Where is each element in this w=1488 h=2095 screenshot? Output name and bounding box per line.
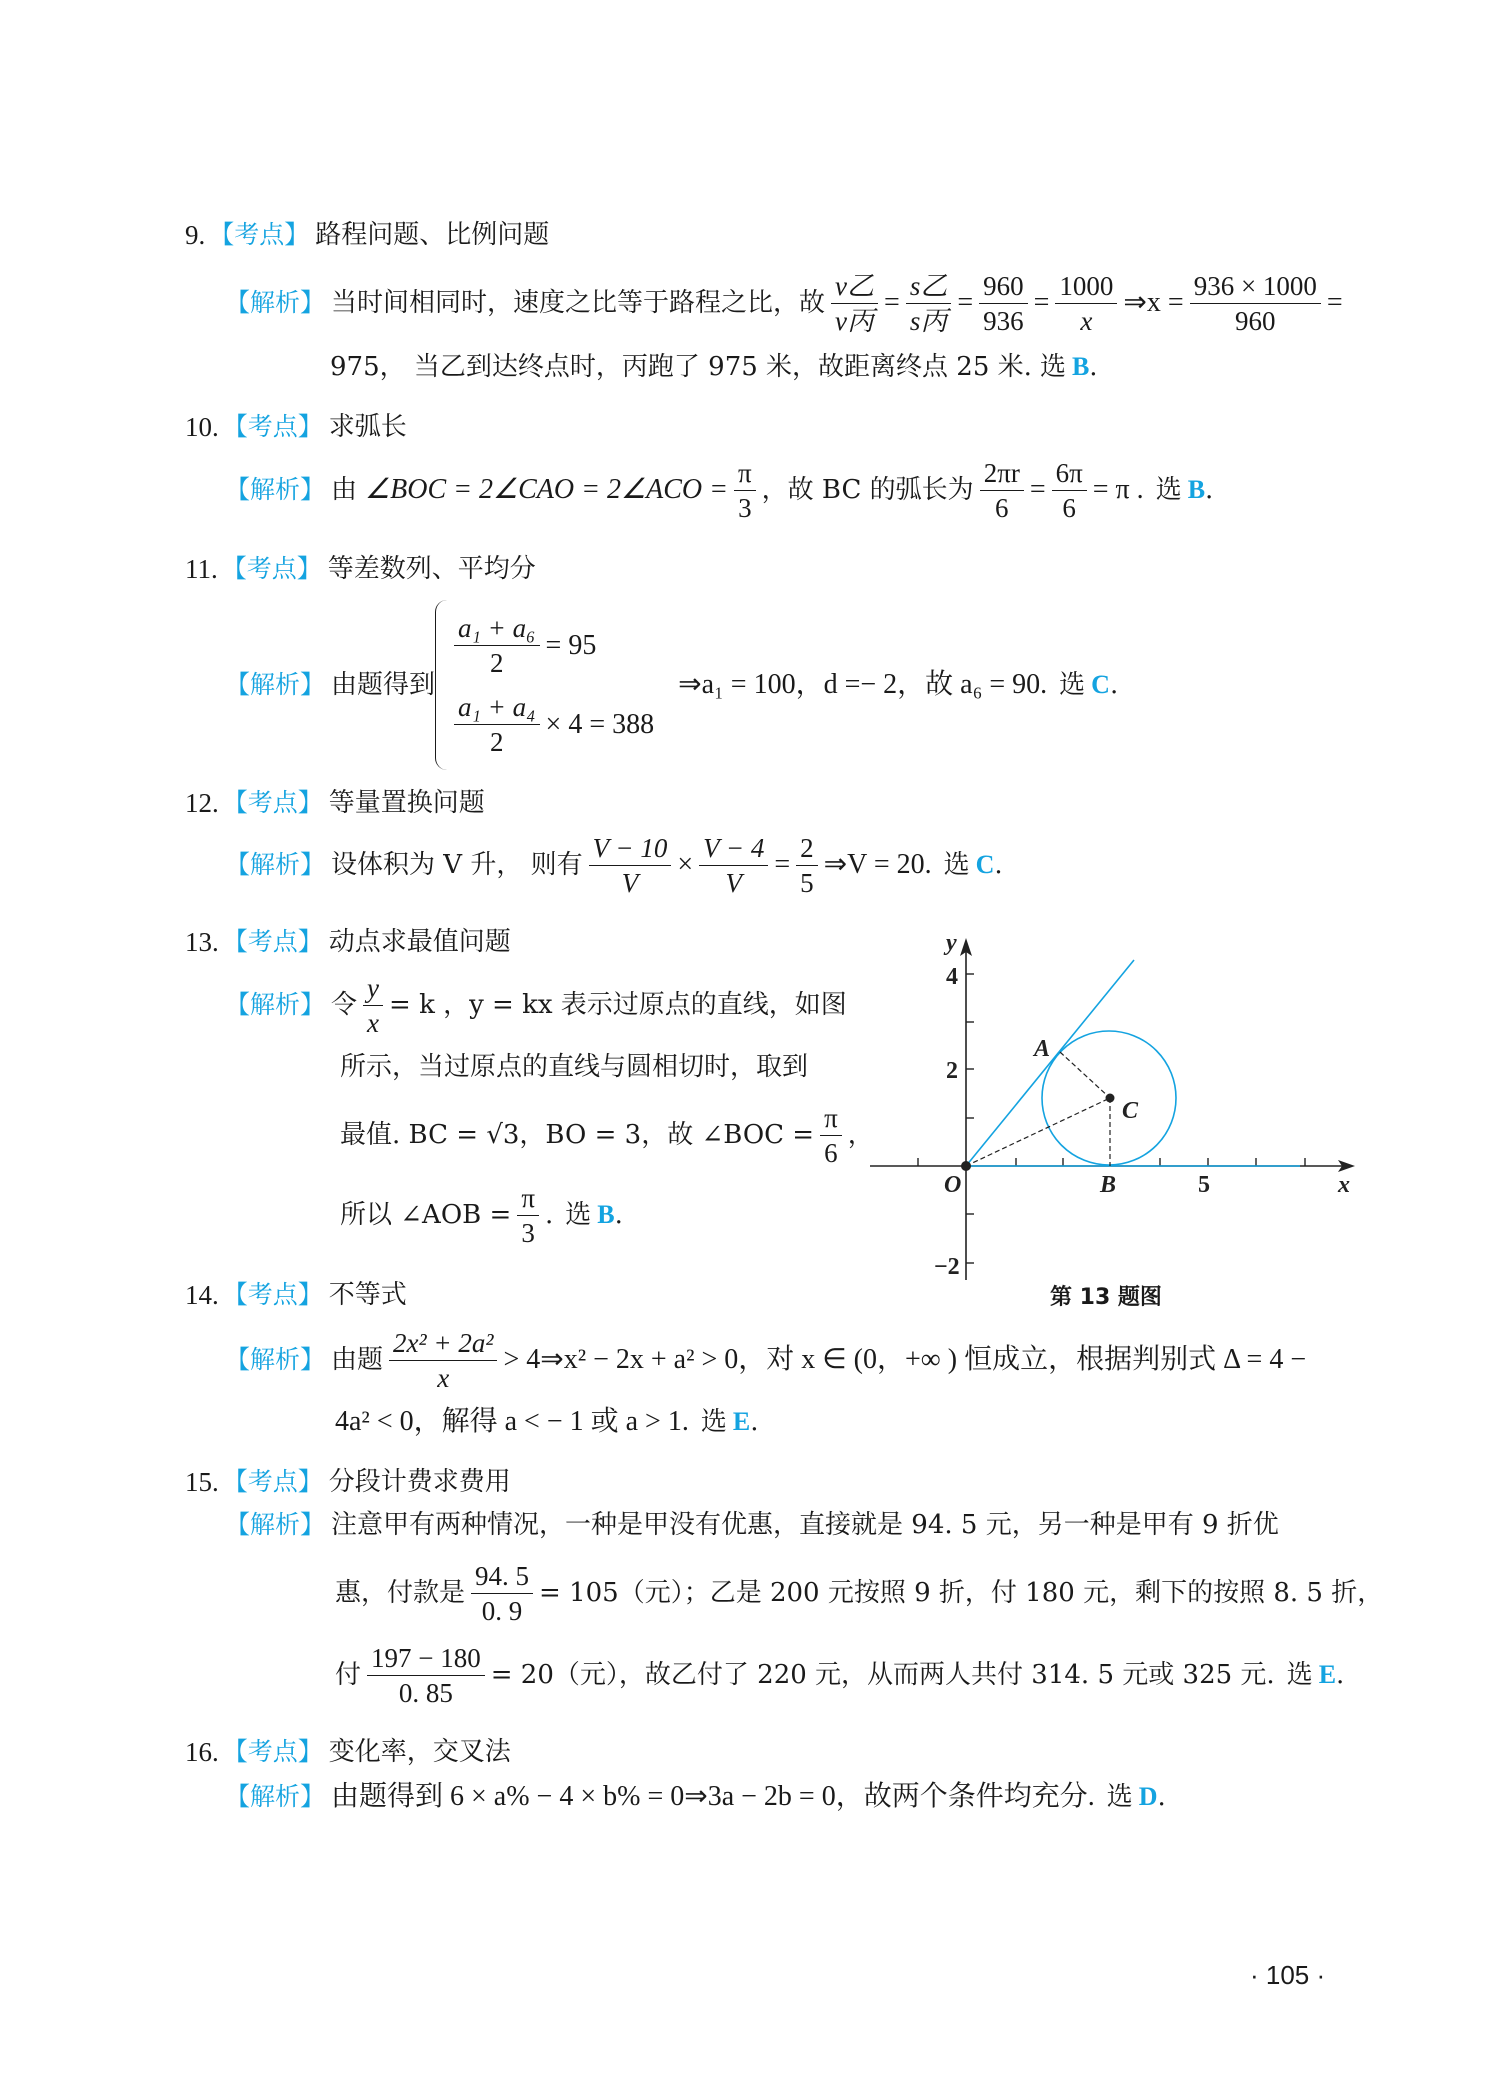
choose-label: 选	[701, 1405, 727, 1439]
q15-answer: E	[1319, 1658, 1336, 1692]
equals: =	[957, 286, 973, 320]
q9-analysis-line2: 975， 当乙到达终点时，丙跑了 975 米，故距离终点 25 米. 选 B.	[330, 350, 1098, 384]
numerator: 936 × 1000	[1190, 269, 1321, 304]
jiexi-label: 【解析】	[225, 988, 325, 1022]
numerator: 960	[979, 269, 1028, 304]
point-c	[1106, 1094, 1115, 1103]
q14-analysis-line2: 4a² < 0，解得 a < − 1 或 a > 1. 选 E.	[335, 1405, 758, 1439]
jiexi-label: 【解析】	[225, 1343, 325, 1377]
q9-topic: 路程问题、比例问题	[315, 218, 549, 252]
q10-analysis: 【解析】 由 ∠BOC = 2∠CAO = 2∠ACO = π3 ，故 BC 的…	[225, 455, 1213, 525]
q14-topic-line: 14. 【考点】 不等式	[185, 1278, 407, 1312]
equals: =	[774, 848, 790, 882]
implies: ⇒x =	[1123, 286, 1183, 320]
tangent-line	[966, 960, 1134, 1166]
q9-answer: B	[1072, 350, 1089, 384]
q16-analysis: 【解析】 由题得到 6 × a% − 4 × b% = 0⇒3a − 2b = …	[225, 1780, 1166, 1814]
q10-pre: 由	[331, 473, 357, 507]
numerator: a₁ + a₄	[454, 690, 540, 725]
q15-analysis-line3: 付 197 − 1800. 85 = 20（元），故乙付了 220 元，从而两人…	[335, 1640, 1344, 1710]
q10-answer: B	[1188, 473, 1205, 507]
q9-text2: 975， 当乙到达终点时，丙跑了 975 米，故距离终点 25 米.	[330, 350, 1032, 384]
q15-frac1: 94. 50. 9	[471, 1559, 533, 1628]
denominator: 2	[486, 725, 508, 759]
brace-icon	[435, 600, 450, 770]
q15-analysis-line1: 【解析】 注意甲有两种情况，一种是甲没有优惠，直接就是 94. 5 元，另一种是…	[225, 1508, 1279, 1542]
numerator: π	[517, 1181, 539, 1216]
jiexi-label: 【解析】	[225, 668, 325, 702]
jiexi-label: 【解析】	[225, 848, 325, 882]
times: ×	[677, 848, 693, 882]
q10-topic: 求弧长	[329, 410, 407, 444]
point-o	[961, 1161, 971, 1171]
q13-number: 13.	[185, 925, 219, 959]
denominator: V	[721, 866, 746, 900]
label-c: C	[1122, 1098, 1139, 1124]
q9-frac-960: 960936	[979, 269, 1028, 338]
denominator: 2	[486, 646, 508, 680]
choose-label: 选	[565, 1198, 591, 1232]
kaodian-label: 【考点】	[223, 1278, 323, 1312]
q9-frac-result: 936 × 1000960	[1190, 269, 1321, 338]
numerator: V − 10	[589, 831, 672, 866]
kaodian-label: 【考点】	[223, 786, 323, 820]
q13-analysis-line3: 最值. BC = √3，BO = 3，故 ∠BOC = π6 ，	[340, 1100, 874, 1170]
numerator: y	[363, 971, 383, 1006]
x-tick-5: 5	[1198, 1172, 1210, 1198]
q13-analysis-line4: 所以 ∠AOB = π3 . 选 B.	[340, 1180, 623, 1250]
numerator: s乙	[906, 269, 952, 304]
q15-topic: 分段计费求费用	[329, 1465, 511, 1499]
numerator: a₁ + a₆	[454, 611, 540, 646]
q9-frac-v: v乙v丙	[831, 269, 878, 338]
q15-l2pre: 惠，付款是	[335, 1576, 465, 1610]
q10-frac-pi3: π3	[734, 456, 756, 525]
jiexi-label: 【解析】	[225, 1780, 325, 1814]
equation-system: a₁ + a₆2 = 95 a₁ + a₄2 × 4 = 388	[435, 600, 654, 770]
kaodian-label: 【考点】	[223, 410, 323, 444]
denominator: V	[618, 866, 643, 900]
kaodian-label: 【考点】	[223, 925, 323, 959]
jiexi-label: 【解析】	[225, 473, 325, 507]
q12-topic: 等量置换问题	[329, 786, 485, 820]
equals: =	[1034, 286, 1050, 320]
denominator: 5	[796, 866, 818, 900]
q15-l3pre: 付	[335, 1658, 361, 1692]
denominator: 3	[734, 491, 756, 525]
label-b: B	[1099, 1172, 1116, 1198]
q15-l1: 注意甲有两种情况，一种是甲没有优惠，直接就是 94. 5 元，另一种是甲有 9 …	[331, 1508, 1279, 1542]
q13-l2: 所示，当过原点的直线与圆相切时，取到	[340, 1050, 808, 1084]
jiexi-label: 【解析】	[225, 286, 325, 320]
q12-frac2: V − 4V	[699, 831, 768, 900]
q11-topic: 等差数列、平均分	[328, 552, 536, 586]
q13-frac-pi6: π6	[820, 1101, 842, 1170]
dashed-lines	[966, 1052, 1110, 1166]
q13-frac-yx: yx	[363, 971, 383, 1040]
y-axis-label: y	[943, 930, 957, 956]
q14-topic: 不等式	[329, 1278, 407, 1312]
numerator: 197 − 180	[367, 1641, 485, 1676]
q13-l1post: = k ，y = kx 表示过原点的直线，如图	[389, 988, 847, 1022]
q16-topic: 变化率，交叉法	[329, 1735, 511, 1769]
q14-l2: 4a² < 0，解得 a < − 1 或 a > 1.	[335, 1405, 689, 1439]
label-a: A	[1032, 1036, 1050, 1062]
q14-l1post: > 4⇒x² − 2x + a² > 0，对 x ∈ (0，+∞ ) 恒成立，根…	[503, 1343, 1306, 1377]
q12-pre: 设体积为 V 升， 则有	[331, 848, 583, 882]
q16-topic-line: 16. 【考点】 变化率，交叉法	[185, 1735, 511, 1769]
q13-topic: 动点求最值问题	[329, 925, 511, 959]
denominator: 6	[991, 491, 1013, 525]
numerator: π	[820, 1101, 842, 1136]
q13-l4post: .	[545, 1198, 553, 1232]
denominator: 0. 9	[478, 1594, 527, 1628]
q13-topic-line: 13. 【考点】 动点求最值问题	[185, 925, 511, 959]
choose-label: 选	[1059, 668, 1085, 702]
choose-label: 选	[1107, 1780, 1133, 1814]
q12-number: 12.	[185, 786, 219, 820]
q10-frac-6pi: 6π6	[1052, 456, 1087, 525]
denominator: 6	[1058, 491, 1080, 525]
kaodian-label: 【考点】	[222, 552, 322, 586]
numerator: v乙	[831, 269, 878, 304]
q9-text: 当时间相同时，速度之比等于路程之比，故	[331, 286, 825, 320]
q14-number: 14.	[185, 1278, 219, 1312]
kaodian-label: 【考点】	[223, 1735, 323, 1769]
denominator: s丙	[906, 304, 952, 338]
q10-number: 10.	[185, 410, 219, 444]
numerator: 1000	[1055, 269, 1117, 304]
q12-topic-line: 12. 【考点】 等量置换问题	[185, 786, 485, 820]
equals: =	[1327, 286, 1343, 320]
q11-row1-frac: a₁ + a₆2	[454, 611, 540, 680]
q12-result: ⇒V = 20.	[824, 848, 932, 882]
jiexi-label: 【解析】	[225, 1508, 325, 1542]
numerator: 94. 5	[471, 1559, 533, 1594]
q15-l2post: = 105（元）；乙是 200 元按照 9 折，付 180 元，剩下的按照 8.…	[539, 1576, 1383, 1610]
q13-analysis-line2: 所示，当过原点的直线与圆相切时，取到	[340, 1050, 808, 1084]
y-tick-4: 4	[946, 964, 958, 990]
numerator: 6π	[1052, 456, 1087, 491]
q11-row1-tail: = 95	[546, 629, 597, 663]
choose-label: 选	[1156, 473, 1182, 507]
q13-answer: B	[597, 1198, 614, 1232]
q11-number: 11.	[185, 552, 218, 586]
numerator: 2	[796, 831, 818, 866]
q13-analysis-line1: 【解析】 令 yx = k ，y = kx 表示过原点的直线，如图	[225, 970, 847, 1040]
q12-answer: C	[976, 848, 995, 882]
q13-frac-pi3: π3	[517, 1181, 539, 1250]
q10-mid: ，故 BC 的弧长为	[762, 473, 974, 507]
choose-label: 选	[944, 848, 970, 882]
kaodian-label: 【考点】	[209, 218, 309, 252]
q14-analysis-line1: 【解析】 由题 2x² + 2a²x > 4⇒x² − 2x + a² > 0，…	[225, 1325, 1306, 1395]
q16-number: 16.	[185, 1735, 219, 1769]
q11-answer: C	[1091, 668, 1110, 702]
q12-frac1: V − 10V	[589, 831, 672, 900]
document-page: 9. 【考点】 路程问题、比例问题 【解析】 当时间相同时，速度之比等于路程之比…	[0, 0, 1488, 2095]
q11-row2-frac: a₁ + a₄2	[454, 690, 540, 759]
q15-topic-line: 15. 【考点】 分段计费求费用	[185, 1465, 511, 1499]
label-o: O	[944, 1172, 961, 1198]
q10-end: = π .	[1093, 473, 1144, 507]
q9-number: 9.	[185, 218, 205, 252]
denominator: 0. 85	[395, 1676, 457, 1710]
ticks	[918, 974, 1305, 1263]
q16-text: 由题得到 6 × a% − 4 × b% = 0⇒3a − 2b = 0，故两个…	[331, 1780, 1095, 1814]
q15-analysis-line2: 惠，付款是 94. 50. 9 = 105（元）；乙是 200 元按照 9 折，…	[335, 1558, 1383, 1628]
q13-l3pre: 最值. BC = √3，BO = 3，故 ∠BOC =	[340, 1118, 814, 1152]
q11-analysis: 【解析】 由题得到 a₁ + a₆2 = 95 a₁ + a₄2 × 4 = 3…	[225, 600, 1118, 770]
q11-pre: 由题得到	[331, 668, 435, 702]
q15-frac2: 197 − 1800. 85	[367, 1641, 485, 1710]
q16-answer: D	[1139, 1780, 1158, 1814]
q9-frac-1000: 1000x	[1055, 269, 1117, 338]
denominator: 6	[820, 1136, 842, 1170]
denominator: v丙	[831, 304, 878, 338]
q13-pre: 令	[331, 988, 357, 1022]
numerator: 2x² + 2a²	[389, 1326, 497, 1361]
x-axis-label: x	[1337, 1172, 1350, 1198]
denominator: 960	[1231, 304, 1280, 338]
denominator: x	[363, 1006, 383, 1040]
denominator: 3	[517, 1216, 539, 1250]
q13-figure: y 4 2 −2 5 x O A B C	[860, 920, 1380, 1320]
q9-frac-s: s乙s丙	[906, 269, 952, 338]
q11-topic-line: 11. 【考点】 等差数列、平均分	[185, 552, 536, 586]
page-number: · 105 ·	[1250, 1960, 1325, 1991]
choose-label: 选	[1287, 1658, 1313, 1692]
denominator: x	[1076, 304, 1096, 338]
kaodian-label: 【考点】	[223, 1465, 323, 1499]
choose-label: 选	[1040, 350, 1066, 384]
y-tick-neg2: −2	[934, 1254, 960, 1280]
q15-l3post: = 20（元），故乙付了 220 元，从而两人共付 314. 5 元或 325 …	[491, 1658, 1275, 1692]
q15-number: 15.	[185, 1465, 219, 1499]
q10-topic-line: 10. 【考点】 求弧长	[185, 410, 407, 444]
q11-row2-tail: × 4 = 388	[546, 708, 655, 742]
denominator: 936	[979, 304, 1028, 338]
q9-topic-line: 9. 【考点】 路程问题、比例问题	[185, 218, 549, 252]
q14-answer: E	[733, 1405, 750, 1439]
equals: =	[884, 286, 900, 320]
q14-frac: 2x² + 2a²x	[389, 1326, 497, 1395]
q11-result: ⇒a₁ = 100，d =− 2，故 a₆ = 90.	[678, 668, 1047, 702]
q13-l4pre: 所以 ∠AOB =	[340, 1198, 511, 1232]
numerator: 2πr	[980, 456, 1024, 491]
figure-caption: 第 13 题图	[1050, 1280, 1162, 1311]
q9-analysis-line1: 【解析】 当时间相同时，速度之比等于路程之比，故 v乙v丙 = s乙s丙 = 9…	[225, 268, 1343, 338]
numerator: π	[734, 456, 756, 491]
q12-frac3: 25	[796, 831, 818, 900]
y-tick-2: 2	[946, 1058, 958, 1084]
q14-pre: 由题	[331, 1343, 383, 1377]
denominator: x	[433, 1361, 453, 1395]
q10-expr: ∠BOC = 2∠CAO = 2∠ACO =	[365, 473, 728, 507]
numerator: V − 4	[699, 831, 768, 866]
q10-frac-2pir: 2πr6	[980, 456, 1024, 525]
q12-analysis: 【解析】 设体积为 V 升， 则有 V − 10V × V − 4V = 25 …	[225, 830, 1003, 900]
